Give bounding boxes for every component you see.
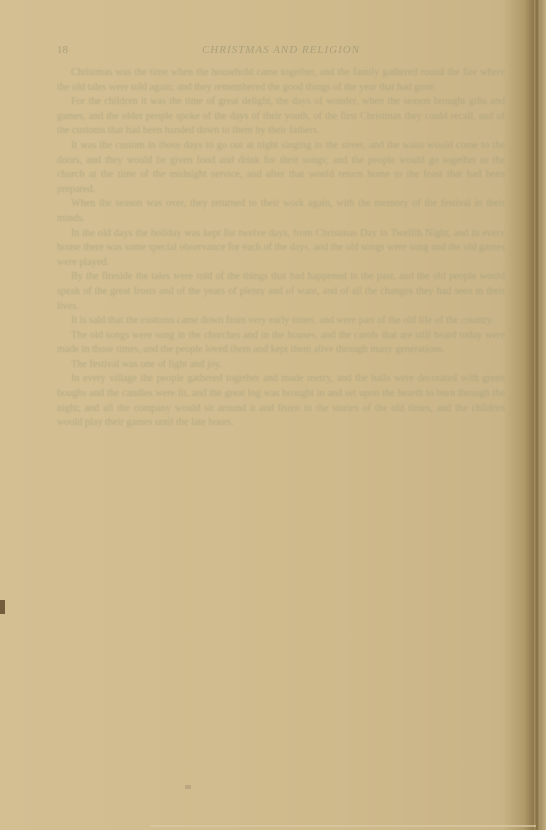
scan-artifact <box>0 600 5 614</box>
paragraph: For the children it was the time of grea… <box>57 95 505 139</box>
paragraph: By the fireside the tales were told of t… <box>57 270 505 314</box>
paragraph: Christmas was the time when the househol… <box>57 66 505 95</box>
page-footer-mark <box>185 785 191 789</box>
paragraph: It is said that the customs came down fr… <box>57 314 505 329</box>
scanned-book-page: 18 CHRISTMAS AND RELIGION Christmas was … <box>0 0 546 830</box>
page-body: Christmas was the time when the househol… <box>57 66 505 431</box>
paragraph: It was the custom in those days to go ou… <box>57 139 505 197</box>
running-head: CHRISTMAS AND RELIGION <box>57 44 505 56</box>
paragraph: When the season was over, they returned … <box>57 197 505 226</box>
paragraph: In every village the people gathered tog… <box>57 372 505 430</box>
page-bottom-edge <box>150 825 536 827</box>
paragraph: The old songs were sung in the churches … <box>57 329 505 358</box>
book-spine-shadow <box>534 0 540 830</box>
paragraph: The festival was one of light and joy. <box>57 358 505 373</box>
page-header: 18 CHRISTMAS AND RELIGION <box>57 44 505 60</box>
paragraph: In the old days the holiday was kept for… <box>57 227 505 271</box>
